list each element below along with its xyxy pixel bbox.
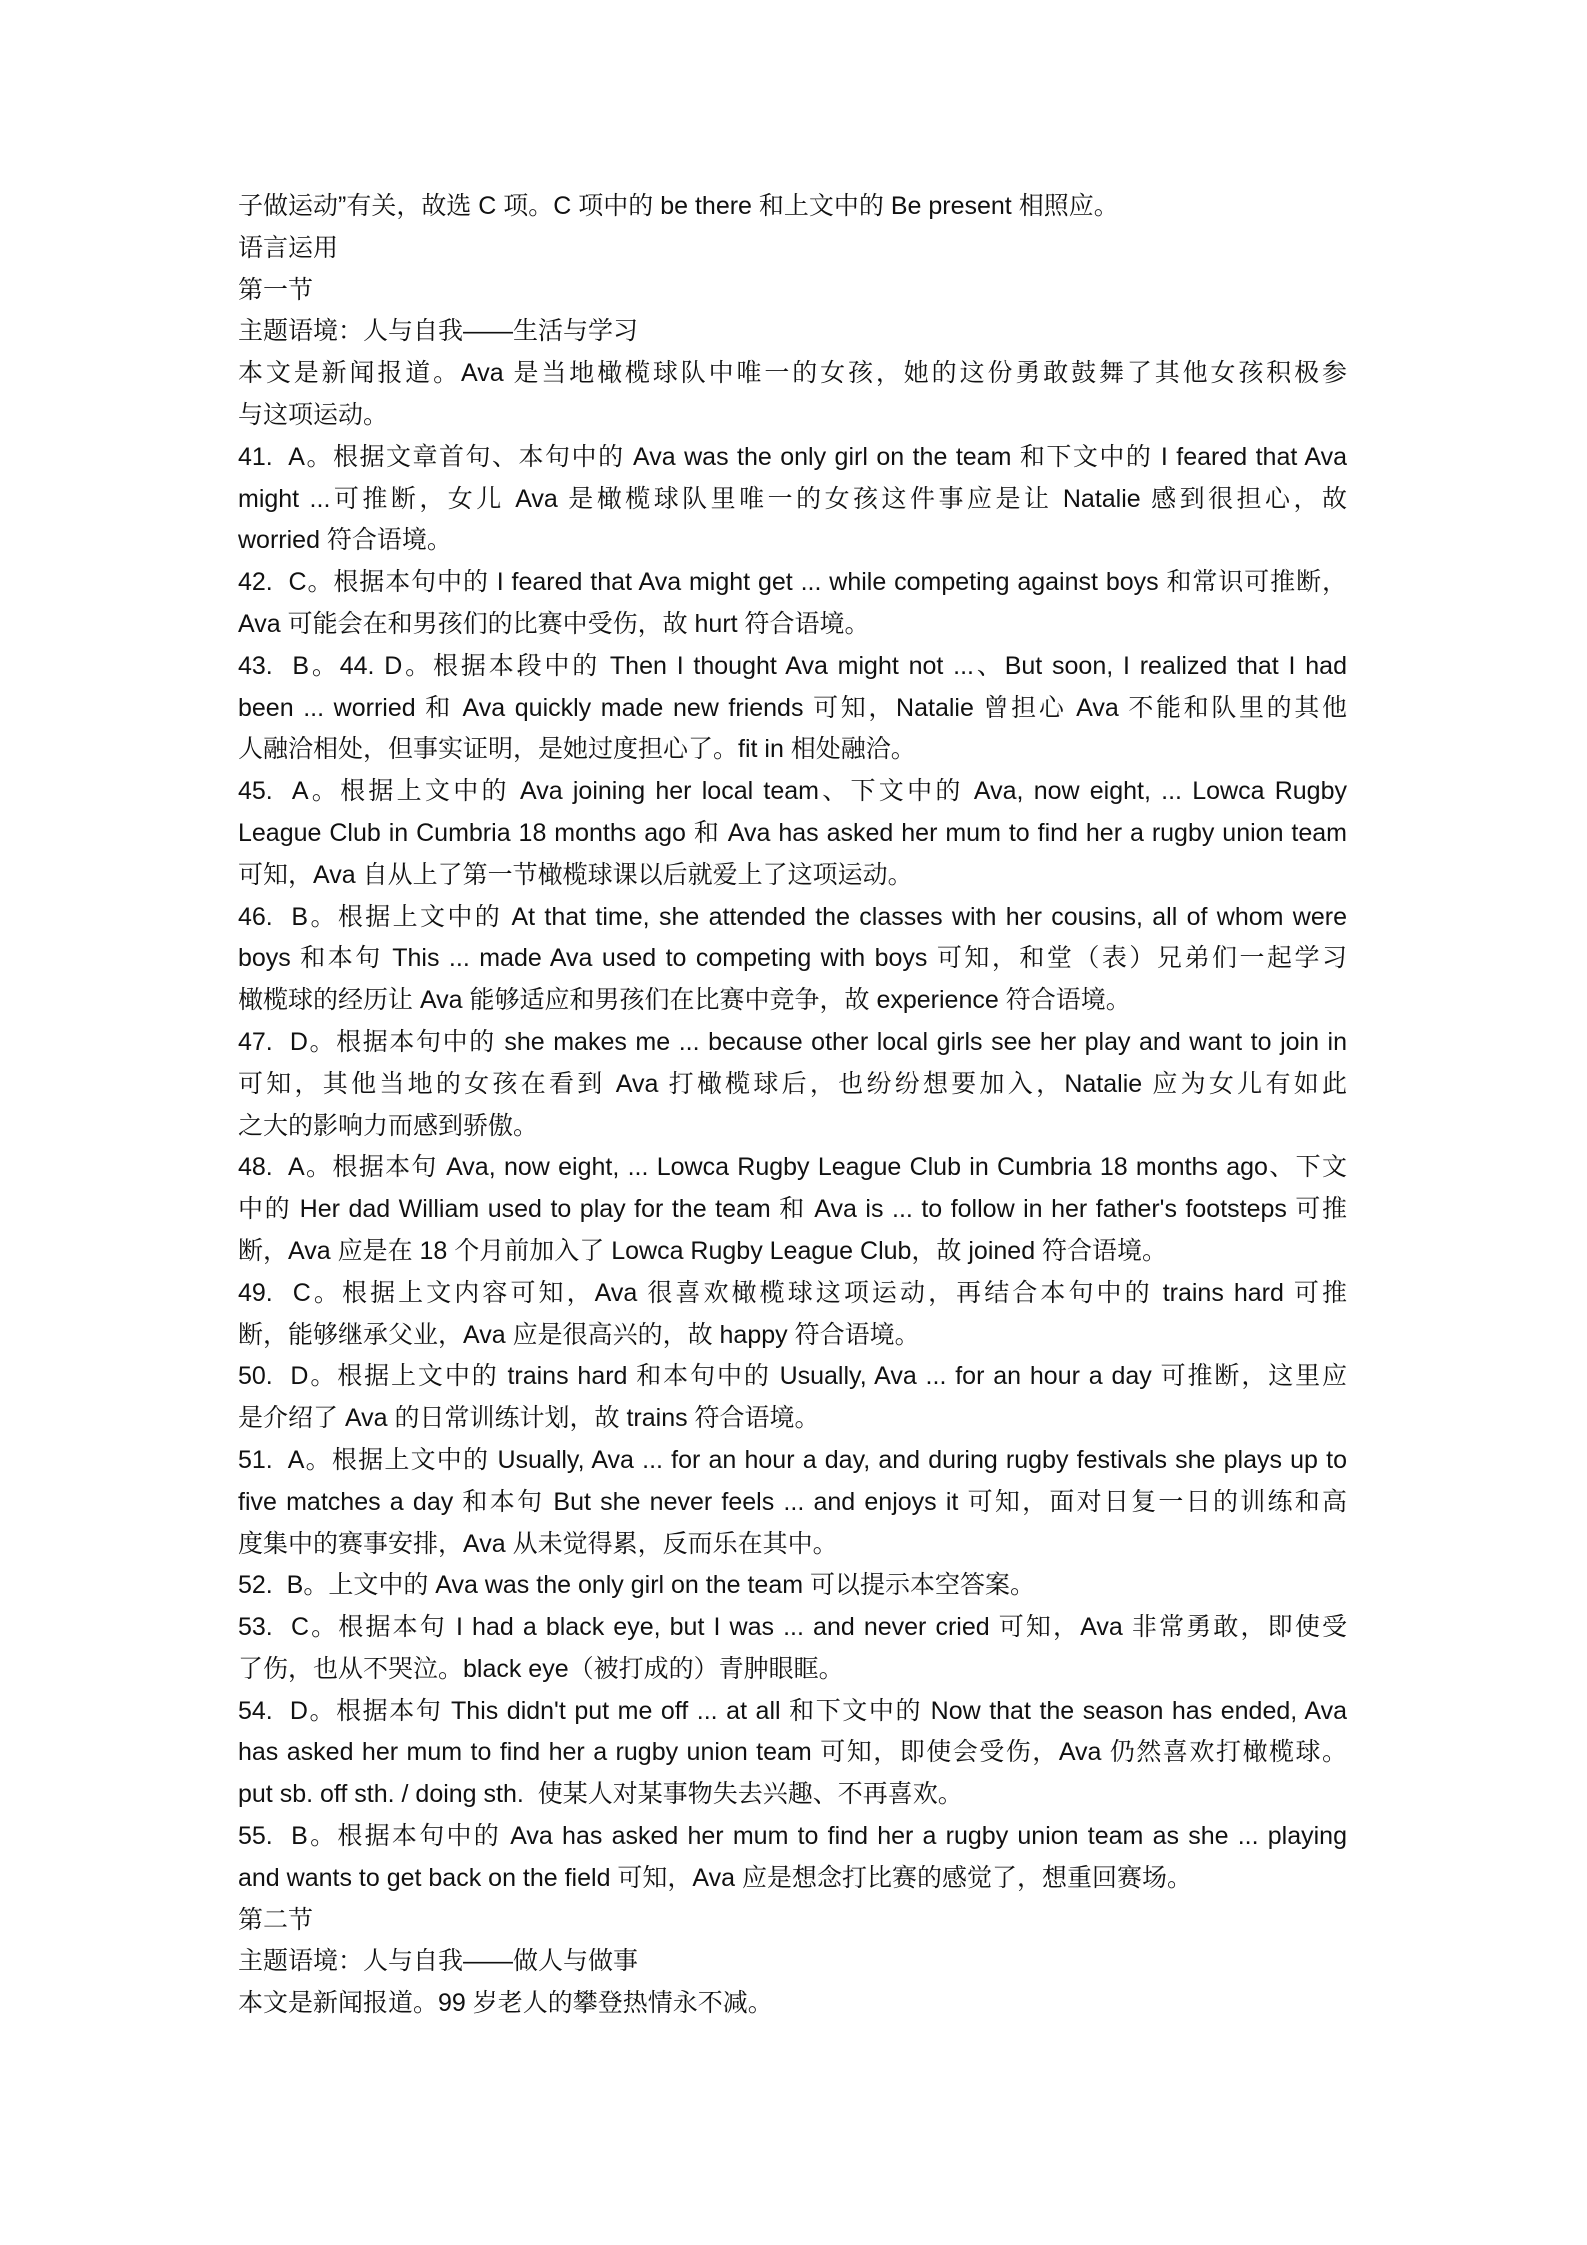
answer-explanation-line: 55. B。根据本句中的 Ava has asked her mum to fi…	[238, 1816, 1347, 1858]
section-heading-language-use: 语言运用	[238, 228, 1347, 270]
answer-explanation-line: League Club in Cumbria 18 months ago 和 A…	[238, 813, 1347, 855]
doc-line: 子做运动”有关，故选 C 项。C 项中的 be there 和上文中的 Be p…	[238, 186, 1347, 228]
answer-explanation-line: 47. D。根据本句中的 she makes me ... because ot…	[238, 1022, 1347, 1064]
answer-explanation-line: been ... worried 和 Ava quickly made new …	[238, 688, 1347, 730]
answer-explanation-line: 是介绍了 Ava 的日常训练计划，故 trains 符合语境。	[238, 1398, 1347, 1440]
document-text-block: 子做运动”有关，故选 C 项。C 项中的 be there 和上文中的 Be p…	[238, 186, 1347, 2025]
section-heading-part-two: 第二节	[238, 1900, 1347, 1942]
answer-explanation-line: 52. B。上文中的 Ava was the only girl on the …	[238, 1565, 1347, 1607]
answer-explanation-line: 42. C。根据本句中的 I feared that Ava might get…	[238, 562, 1347, 604]
answer-explanation-line: 中的 Her dad William used to play for the …	[238, 1189, 1347, 1231]
answer-explanation-line: boys 和本句 This ... made Ava used to compe…	[238, 938, 1347, 980]
answer-explanation-line: 54. D。根据本句 This didn't put me off ... at…	[238, 1691, 1347, 1733]
answer-explanation-line: 50. D。根据上文中的 trains hard 和本句中的 Usually, …	[238, 1356, 1347, 1398]
answer-explanation-line: 断，能够继承父业，Ava 应是很高兴的，故 happy 符合语境。	[238, 1315, 1347, 1357]
answer-explanation-line: 断，Ava 应是在 18 个月前加入了 Lowca Rugby League C…	[238, 1231, 1347, 1273]
answer-explanation-line: 可知，Ava 自从上了第一节橄榄球课以后就爱上了这项运动。	[238, 855, 1347, 897]
passage-summary-line: 本文是新闻报道。Ava 是当地橄榄球队中唯一的女孩，她的这份勇敢鼓舞了其他女孩积…	[238, 353, 1347, 395]
answer-explanation-line: 51. A。根据上文中的 Usually, Ava ... for an hou…	[238, 1440, 1347, 1482]
section-heading-part-one: 第一节	[238, 270, 1347, 312]
answer-explanation-line: and wants to get back on the field 可知，Av…	[238, 1858, 1347, 1900]
answer-explanation-line: 橄榄球的经历让 Ava 能够适应和男孩们在比赛中竞争，故 experience …	[238, 980, 1347, 1022]
passage-summary-line: 与这项运动。	[238, 395, 1347, 437]
answer-explanation-line: 43. B。44. D。根据本段中的 Then I thought Ava mi…	[238, 646, 1347, 688]
answer-explanation-line: 人融洽相处，但事实证明，是她过度担心了。fit in 相处融洽。	[238, 729, 1347, 771]
theme-context-line: 主题语境：人与自我——生活与学习	[238, 311, 1347, 353]
theme-context-line: 主题语境：人与自我——做人与做事	[238, 1941, 1347, 1983]
answer-explanation-line: worried 符合语境。	[238, 520, 1347, 562]
answer-explanation-line: five matches a day 和本句 But she never fee…	[238, 1482, 1347, 1524]
answer-explanation-line: 了伤，也从不哭泣。black eye（被打成的）青肿眼眶。	[238, 1649, 1347, 1691]
answer-explanation-line: 46. B。根据上文中的 At that time, she attended …	[238, 897, 1347, 939]
answer-explanation-line: 41. A。根据文章首句、本句中的 Ava was the only girl …	[238, 437, 1347, 479]
passage-summary-line: 本文是新闻报道。99 岁老人的攀登热情永不减。	[238, 1983, 1347, 2025]
answer-explanation-line: Ava 可能会在和男孩们的比赛中受伤，故 hurt 符合语境。	[238, 604, 1347, 646]
answer-explanation-line: put sb. off sth. / doing sth. 使某人对某事物失去兴…	[238, 1774, 1347, 1816]
answer-explanation-line: 之大的影响力而感到骄傲。	[238, 1106, 1347, 1148]
answer-explanation-line: 45. A。根据上文中的 Ava joining her local team、…	[238, 771, 1347, 813]
answer-explanation-line: 48. A。根据本句 Ava, now eight, ... Lowca Rug…	[238, 1147, 1347, 1189]
answer-explanation-line: has asked her mum to find her a rugby un…	[238, 1732, 1347, 1774]
answer-explanation-line: 度集中的赛事安排，Ava 从未觉得累，反而乐在其中。	[238, 1524, 1347, 1566]
answer-explanation-line: 可知，其他当地的女孩在看到 Ava 打橄榄球后，也纷纷想要加入，Natalie …	[238, 1064, 1347, 1106]
document-page: 子做运动”有关，故选 C 项。C 项中的 be there 和上文中的 Be p…	[0, 0, 1587, 2245]
answer-explanation-line: 53. C。根据本句 I had a black eye, but I was …	[238, 1607, 1347, 1649]
answer-explanation-line: might ...可推断，女儿 Ava 是橄榄球队里唯一的女孩这件事应是让 Na…	[238, 479, 1347, 521]
answer-explanation-line: 49. C。根据上文内容可知，Ava 很喜欢橄榄球这项运动，再结合本句中的 tr…	[238, 1273, 1347, 1315]
